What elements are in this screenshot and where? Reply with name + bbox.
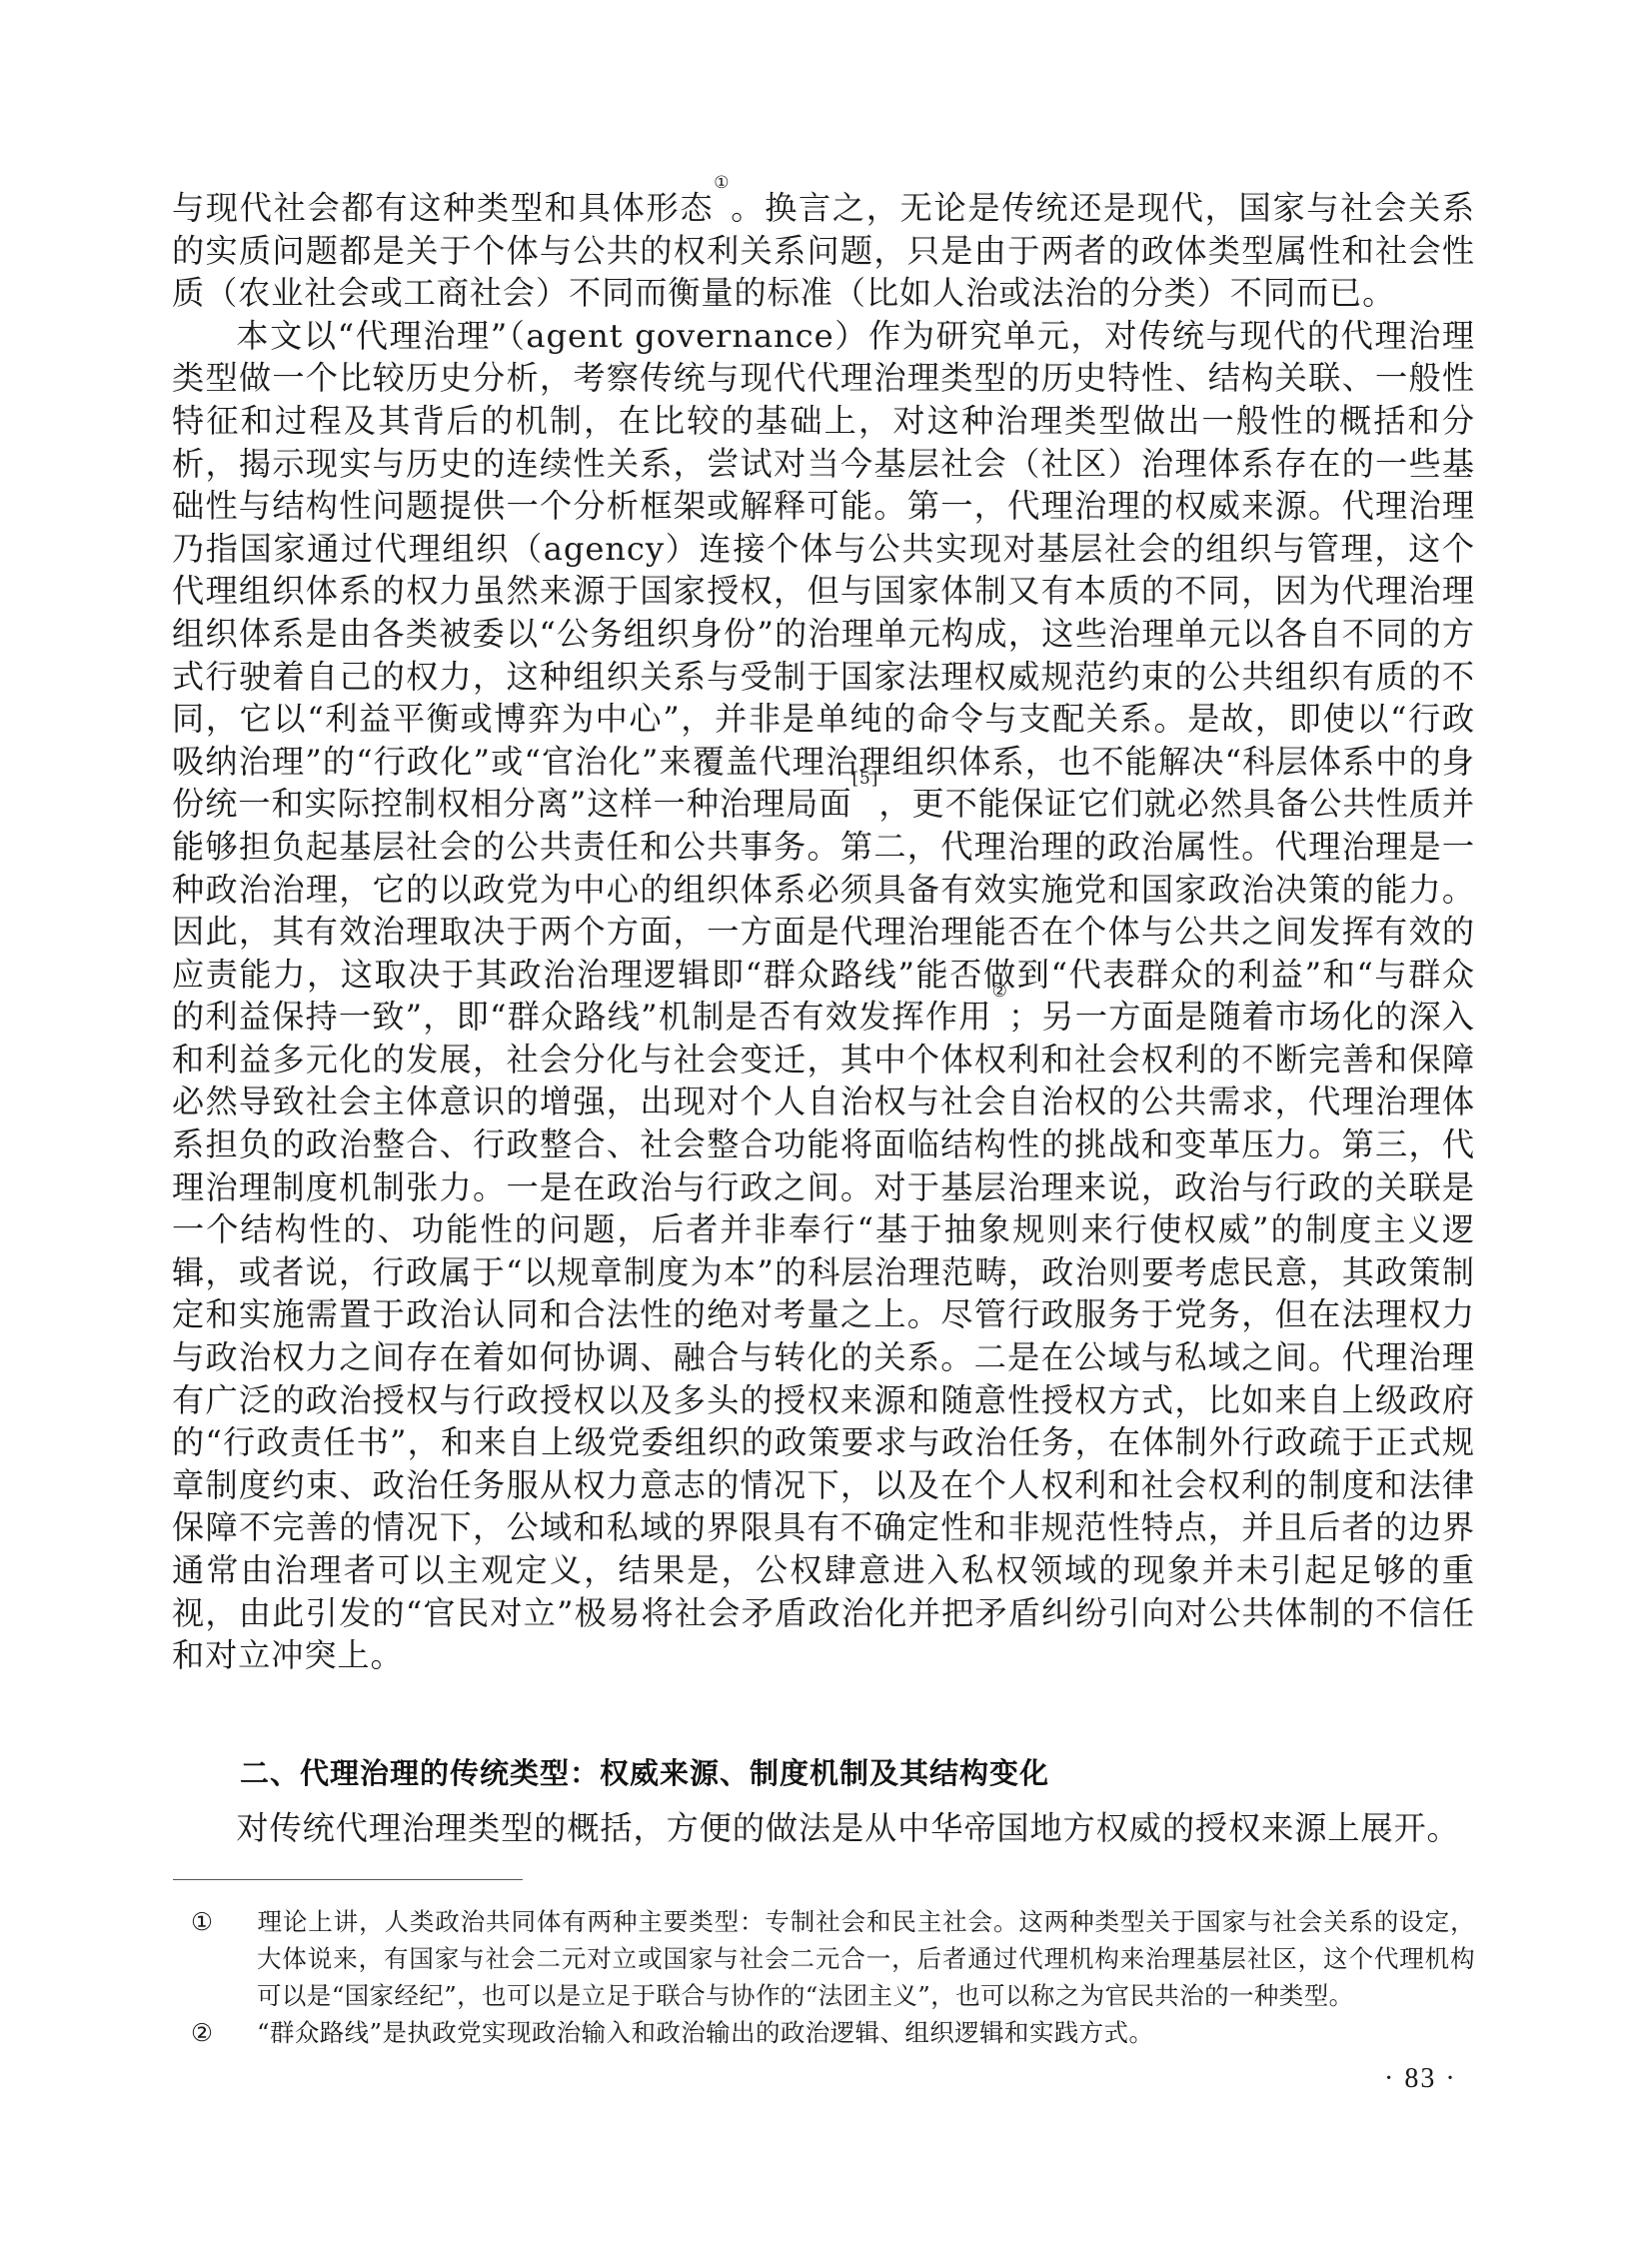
footnotes: ①理论上讲，人类政治共同体有两种主要类型：专制社会和民主社会。这两种类型关于国家…	[224, 1903, 1475, 2051]
footnote-1: ①理论上讲，人类政治共同体有两种主要类型：专制社会和民主社会。这两种类型关于国家…	[224, 1903, 1475, 2014]
body-text: 与现代社会都有这种类型和具体形态①。换言之，无论是传统还是现代，国家与社会关系的…	[172, 187, 1475, 1677]
footnote-marker: ①	[224, 1903, 257, 1940]
page-number: · 83 ·	[1384, 2063, 1457, 2095]
footnote-ref-2[interactable]: ②	[992, 982, 1008, 1002]
footnote-2: ②“群众路线”是执政党实现政治输入和政治输出的政治逻辑、组织逻辑和实践方式。	[224, 2014, 1475, 2051]
footnote-marker: ②	[224, 2014, 257, 2051]
paragraph-2: 本文以“代理治理”（agent governance）作为研究单元，对传统与现代…	[172, 315, 1475, 1677]
paragraph-text: ；另一方面是随着市场化的深入和利益多元化的发展，社会分化与社会变迁，其中个体权利…	[172, 998, 1475, 1674]
footnote-text: “群众路线”是执政党实现政治输入和政治输出的政治逻辑、组织逻辑和实践方式。	[257, 2018, 1153, 2047]
paragraph-3: 对传统代理治理类型的概括，方便的做法是从中华帝国地方权威的授权来源上展开。	[172, 1807, 1475, 1850]
footnote-text: 理论上讲，人类政治共同体有两种主要类型：专制社会和民主社会。这两种类型关于国家与…	[257, 1907, 1475, 2010]
paragraph-1: 与现代社会都有这种类型和具体形态①。换言之，无论是传统还是现代，国家与社会关系的…	[172, 187, 1475, 315]
paragraph-text: 本文以“代理治理”（agent governance）作为研究单元，对传统与现代…	[172, 317, 1475, 824]
section-heading: 二、代理治理的传统类型：权威来源、制度机制及其结构变化	[240, 1751, 1049, 1792]
document-page: 与现代社会都有这种类型和具体形态①。换言之，无论是传统还是现代，国家与社会关系的…	[0, 0, 1652, 2243]
paragraph-text: 与现代社会都有这种类型和具体形态	[172, 189, 714, 227]
citation-ref-5[interactable]: [5]	[851, 769, 878, 789]
footnote-divider	[173, 1879, 523, 1880]
footnote-ref-1[interactable]: ①	[714, 173, 731, 193]
